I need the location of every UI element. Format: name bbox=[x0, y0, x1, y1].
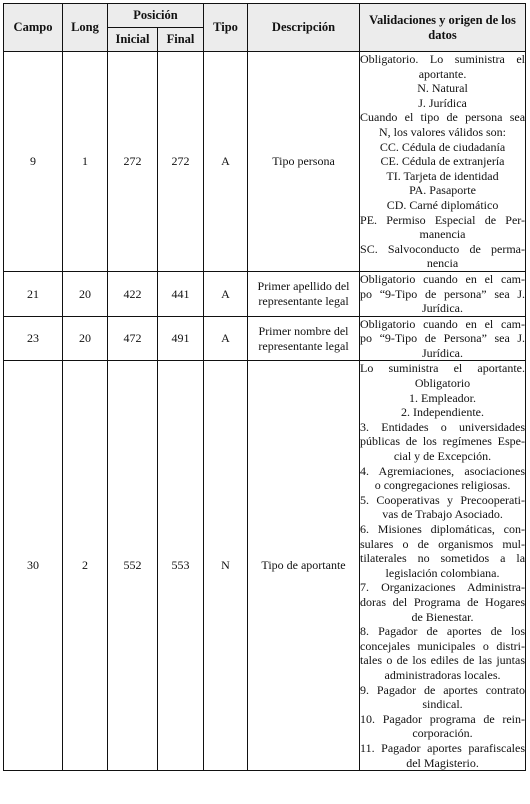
validation-line: 5. Cooperativas y Precooperati- bbox=[360, 493, 525, 508]
validation-line: doras del Programa de Hogares bbox=[360, 595, 525, 610]
cell-inicial: 272 bbox=[108, 52, 158, 272]
validation-line: Obligatorio cuando en el cam- bbox=[360, 272, 525, 287]
header-inicial: Inicial bbox=[108, 28, 158, 52]
cell-inicial: 552 bbox=[108, 361, 158, 771]
cell-inicial: 472 bbox=[108, 316, 158, 361]
validation-line: CD. Carné diplomático bbox=[360, 198, 525, 213]
validation-line: 2. Independiente. bbox=[360, 405, 525, 420]
cell-descripcion: Tipo persona bbox=[248, 52, 360, 272]
cell-long: 2 bbox=[63, 361, 108, 771]
cell-campo: 9 bbox=[4, 52, 63, 272]
header-validaciones: Validaciones y origen de los datos bbox=[360, 4, 526, 52]
cell-campo: 30 bbox=[4, 361, 63, 771]
validation-line: 6. Misiones diplomáticas, con- bbox=[360, 522, 525, 537]
validation-line: vas de Trabajo Asociado. bbox=[360, 507, 525, 522]
header-final: Final bbox=[158, 28, 204, 52]
cell-tipo: A bbox=[204, 271, 248, 316]
validation-line: 4. Agremiaciones, asociaciones bbox=[360, 464, 525, 479]
validation-line: sindical. bbox=[360, 697, 525, 712]
validation-line: N, los valores válidos son: bbox=[360, 125, 525, 140]
validation-line: PA. Pasaporte bbox=[360, 183, 525, 198]
header-tipo: Tipo bbox=[204, 4, 248, 52]
validation-line: 11. Pagador aportes parafiscales bbox=[360, 741, 525, 756]
cell-long: 1 bbox=[63, 52, 108, 272]
validation-line: de Bienestar. bbox=[360, 610, 525, 625]
validation-line: Lo suministra el aportante. bbox=[360, 361, 525, 376]
cell-final: 441 bbox=[158, 271, 204, 316]
validation-line: po “9-Tipo de Persona” sea J. bbox=[360, 331, 525, 346]
cell-long: 20 bbox=[63, 271, 108, 316]
validation-line: tales o de los ediles de las juntas bbox=[360, 653, 525, 668]
header-long: Long bbox=[63, 4, 108, 52]
validation-line: 9. Pagador de aportes contrato bbox=[360, 683, 525, 698]
validation-line: CE. Cédula de extranjería bbox=[360, 154, 525, 169]
validation-line: Jurídica. bbox=[360, 301, 525, 316]
cell-descripcion: Tipo de aportante bbox=[248, 361, 360, 771]
validation-line: po “9-Tipo de persona” sea J. bbox=[360, 287, 525, 302]
validation-line: 10. Pagador programa de rein- bbox=[360, 712, 525, 727]
cell-inicial: 422 bbox=[108, 271, 158, 316]
validation-line: SC. Salvoconducto de perma- bbox=[360, 242, 525, 257]
validation-line: corporación. bbox=[360, 726, 525, 741]
cell-final: 553 bbox=[158, 361, 204, 771]
validation-line: o congregaciones religiosas. bbox=[360, 478, 525, 493]
validation-line: tilaterales no sometidos a la bbox=[360, 551, 525, 566]
validation-line: sulares o de organismos mul- bbox=[360, 537, 525, 552]
table-header: Campo Long Posición Tipo Descripción Val… bbox=[4, 4, 526, 52]
cell-long: 20 bbox=[63, 316, 108, 361]
cell-tipo: A bbox=[204, 52, 248, 272]
cell-validaciones: Obligatorio cuando en el cam-po “9-Tipo … bbox=[360, 271, 526, 316]
validation-line: CC. Cédula de ciudadanía bbox=[360, 140, 525, 155]
validation-line: 8. Pagador de aportes de los bbox=[360, 624, 525, 639]
validation-line: Obligatorio cuando en el cam- bbox=[360, 317, 525, 332]
cell-final: 272 bbox=[158, 52, 204, 272]
validation-line: públicas de los regímenes Espe- bbox=[360, 434, 525, 449]
cell-descripcion: Primer apellido del representante legal bbox=[248, 271, 360, 316]
table-row: 30 2 552 553 N Tipo de aportante Lo sumi… bbox=[4, 361, 526, 771]
validation-line: legislación colombiana. bbox=[360, 566, 525, 581]
cell-final: 491 bbox=[158, 316, 204, 361]
cell-validaciones: Obligatorio cuando en el cam-po “9-Tipo … bbox=[360, 316, 526, 361]
validation-line: cial y de Excepción. bbox=[360, 449, 525, 464]
header-descripcion: Descripción bbox=[248, 4, 360, 52]
validation-line: administradoras locales. bbox=[360, 668, 525, 683]
cell-validaciones: Obligatorio. Lo suministra elaportante.N… bbox=[360, 52, 526, 272]
validation-line: aportante. bbox=[360, 67, 525, 82]
header-campo: Campo bbox=[4, 4, 63, 52]
validation-line: 3. Entidades o universidades bbox=[360, 420, 525, 435]
header-posicion: Posición bbox=[108, 4, 204, 28]
cell-campo: 21 bbox=[4, 271, 63, 316]
cell-tipo: A bbox=[204, 316, 248, 361]
validation-line: concejales municipales o distri- bbox=[360, 639, 525, 654]
table-row: 23 20 472 491 A Primer nombre del repres… bbox=[4, 316, 526, 361]
validation-line: PE. Permiso Especial de Per- bbox=[360, 213, 525, 228]
table-row: 9 1 272 272 A Tipo persona Obligatorio. … bbox=[4, 52, 526, 272]
validation-line: 1. Empleador. bbox=[360, 391, 525, 406]
validation-line: Obligatorio bbox=[360, 376, 525, 391]
validation-line: J. Jurídica bbox=[360, 96, 525, 111]
table-row: 21 20 422 441 A Primer apellido del repr… bbox=[4, 271, 526, 316]
validation-line: TI. Tarjeta de identidad bbox=[360, 169, 525, 184]
validation-line: Cuando el tipo de persona sea bbox=[360, 110, 525, 125]
cell-campo: 23 bbox=[4, 316, 63, 361]
validation-line: del Magisterio. bbox=[360, 756, 525, 771]
validation-line: N. Natural bbox=[360, 81, 525, 96]
spec-table: Campo Long Posición Tipo Descripción Val… bbox=[3, 3, 526, 771]
validation-line: Obligatorio. Lo suministra el bbox=[360, 52, 525, 67]
validation-line: nencia bbox=[360, 256, 525, 271]
validation-line: Jurídica. bbox=[360, 346, 525, 361]
cell-descripcion: Primer nombre del representante legal bbox=[248, 316, 360, 361]
validation-line: 7. Organizaciones Administra- bbox=[360, 580, 525, 595]
validation-line: manencia bbox=[360, 227, 525, 242]
cell-validaciones: Lo suministra el aportante.Obligatorio1.… bbox=[360, 361, 526, 771]
cell-tipo: N bbox=[204, 361, 248, 771]
table-body: 9 1 272 272 A Tipo persona Obligatorio. … bbox=[4, 52, 526, 771]
